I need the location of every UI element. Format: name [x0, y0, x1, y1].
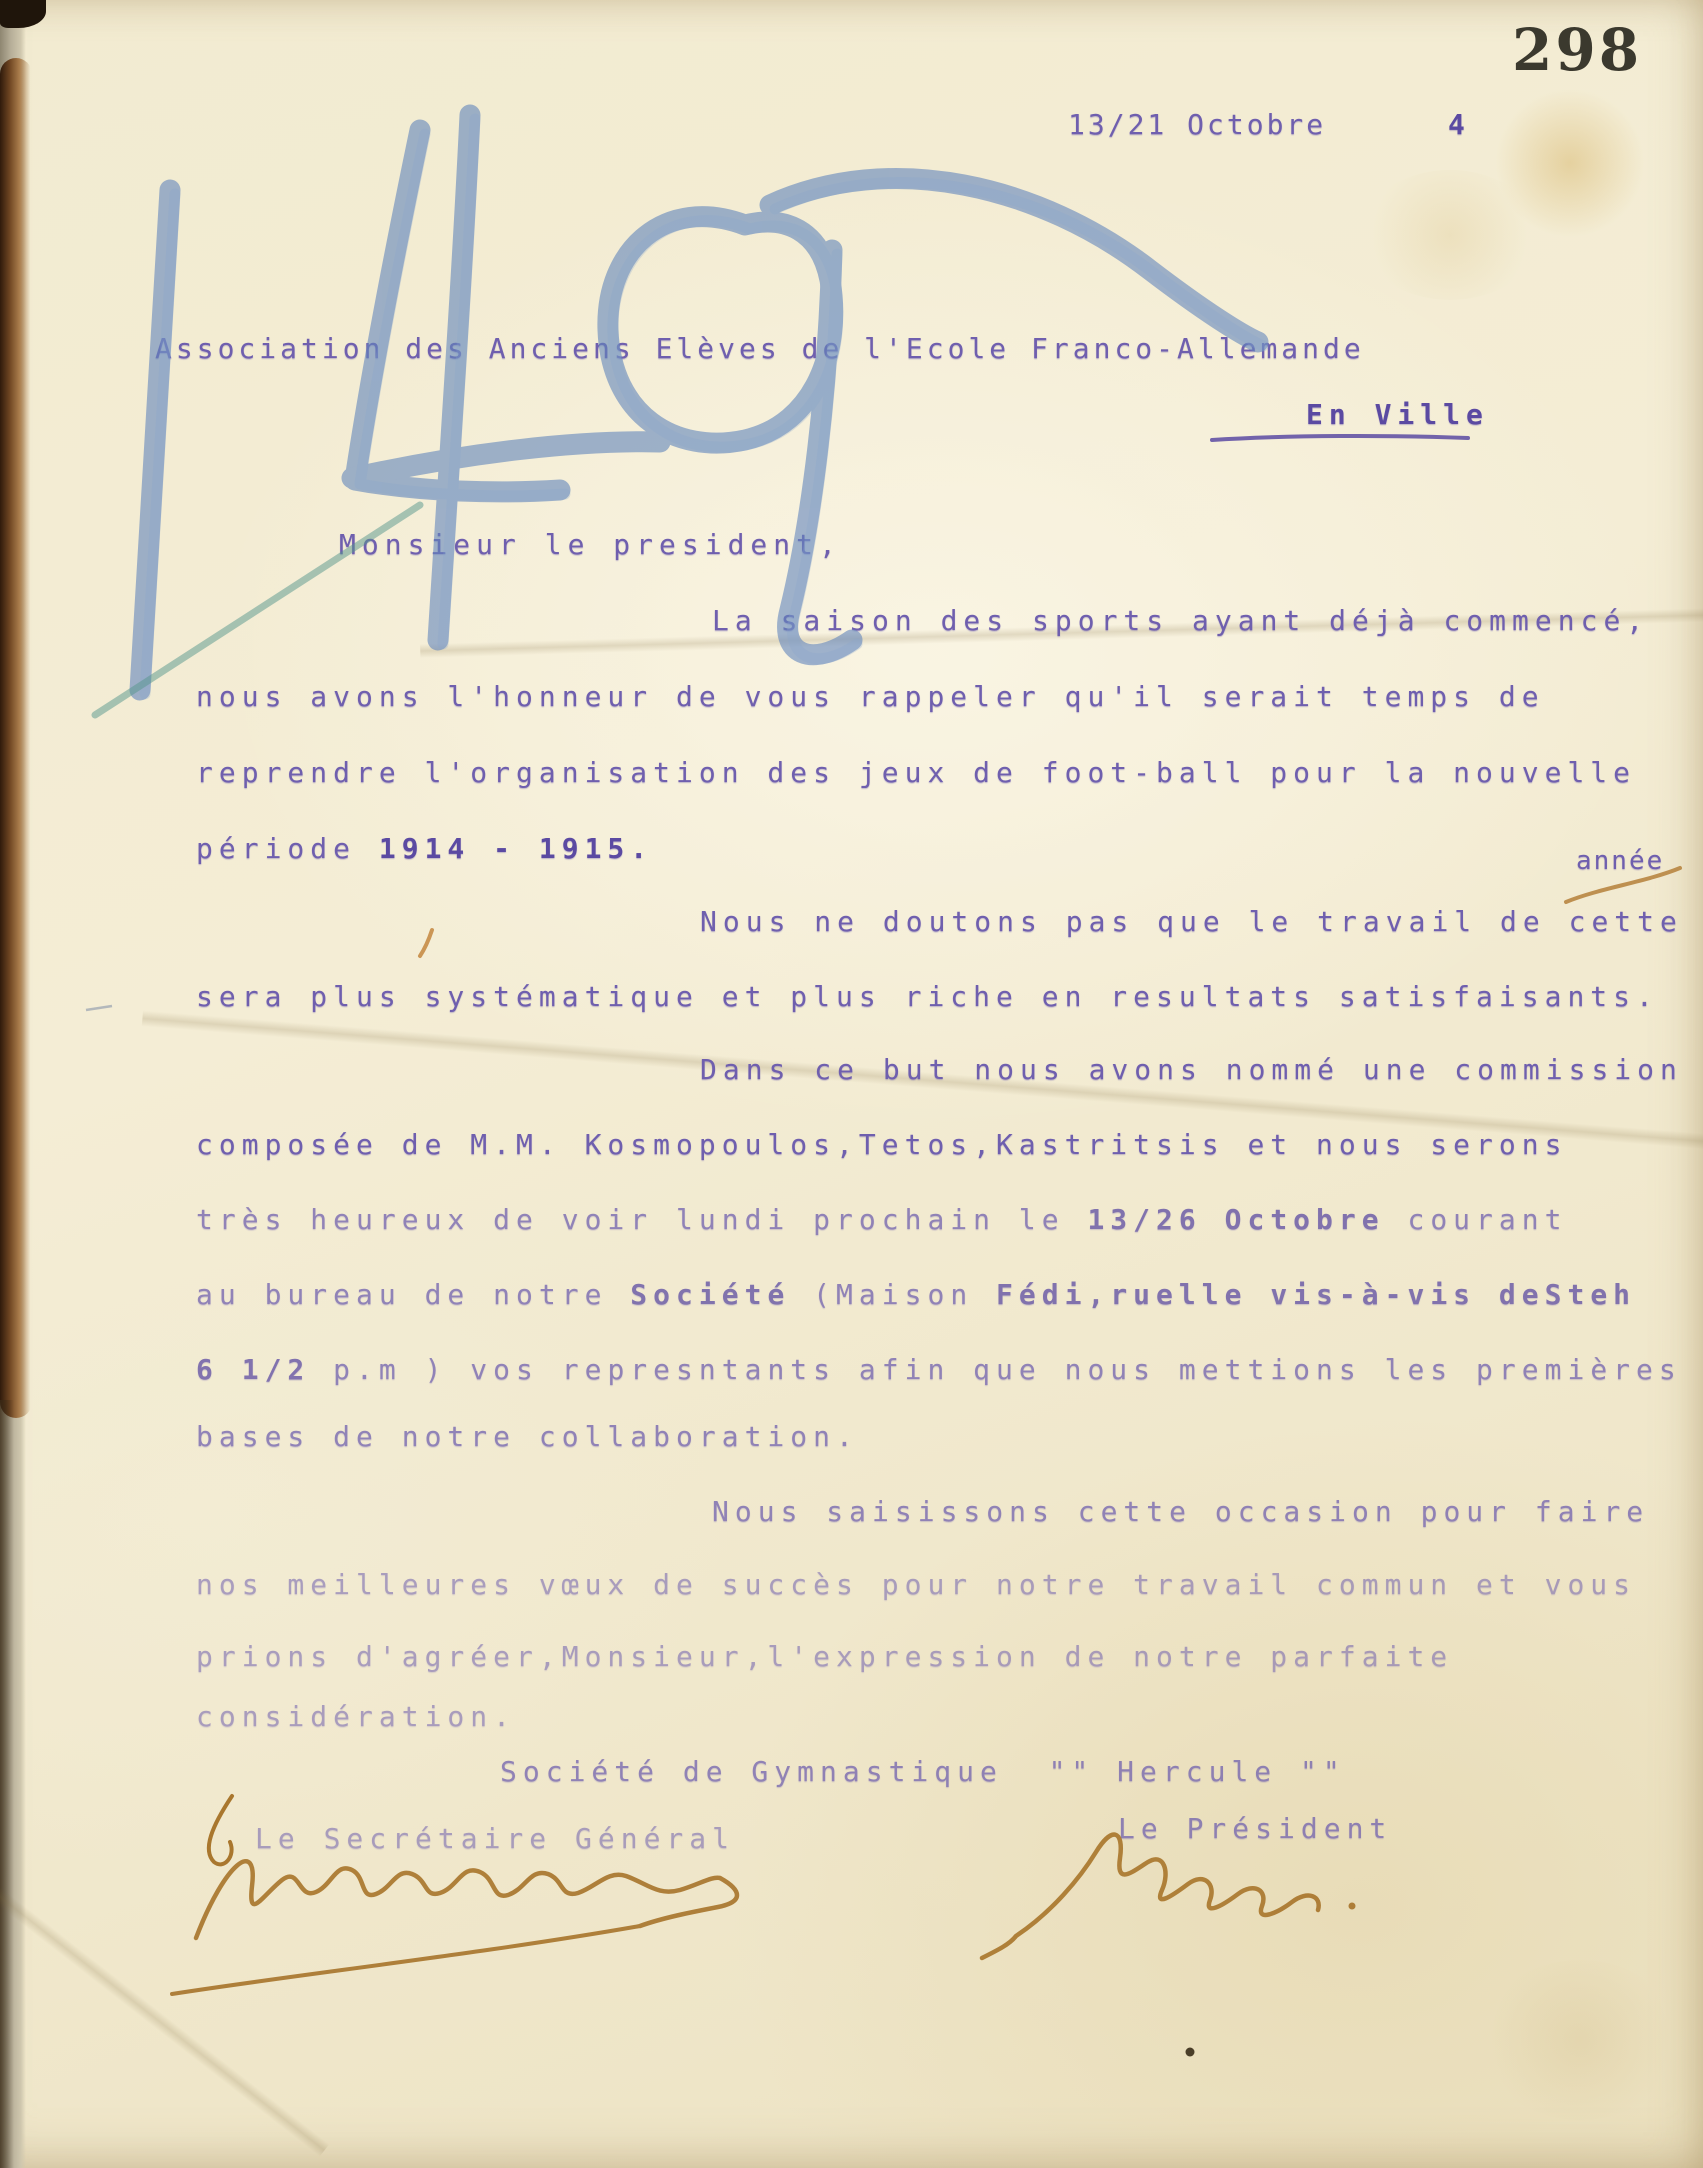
letter-line: nos meilleures vœux de succès pour notre…: [196, 1568, 1636, 1601]
letter-line: Monsieur le president,: [339, 528, 842, 561]
insertion-word-annee: année: [1576, 846, 1664, 876]
letter-line: reprendre l'organisation des jeux de foo…: [196, 756, 1636, 789]
binding-corner: [0, 0, 46, 28]
letter-line: Nous saisissons cette occasion pour fair…: [712, 1495, 1649, 1528]
paper-stain: [1480, 1960, 1680, 2120]
folio-number: 298: [1512, 16, 1642, 84]
orange-tick: [420, 930, 432, 956]
letter-line: Nous ne doutons pas que le travail de ce…: [700, 905, 1683, 938]
secretary-signature: [172, 1861, 737, 1994]
paper-crease: [0, 1879, 329, 2156]
binding-edge-lower: [0, 1400, 14, 2168]
line-segment-bold: Fédi,ruelle vis-à-vis deSteh: [996, 1278, 1636, 1311]
letter-line: au bureau de notre Société (Maison Fédi,…: [196, 1278, 1636, 1311]
ink-speck: [1186, 2048, 1195, 2057]
line-segment: (Maison: [790, 1278, 996, 1311]
line-segment: très heureux de voir lundi prochain le: [196, 1203, 1087, 1236]
letter-line: très heureux de voir lundi prochain le 1…: [196, 1203, 1567, 1236]
letter-line: considération.: [196, 1700, 516, 1733]
en-ville-underline: [1212, 436, 1468, 440]
line-segment-bold: Société: [630, 1278, 790, 1311]
binding-edge: [0, 58, 32, 1418]
line-segment-bold: 13/26 Octobre: [1087, 1203, 1384, 1236]
line-segment: période: [196, 832, 379, 865]
letter-line: période 1914 - 1915.: [196, 832, 653, 865]
president-signature: [982, 1835, 1356, 1958]
letter-line: nous avons l'honneur de vous rappeler qu…: [196, 680, 1545, 713]
line-segment: au bureau de notre: [196, 1278, 630, 1311]
line-segment-bold: 6 1/2: [196, 1353, 310, 1386]
edge-dash: [86, 1006, 112, 1010]
date-header: 13/21 Octobre: [1068, 108, 1326, 141]
addressee-line: Association des Anciens Elèves de l'Ecol…: [155, 332, 1365, 365]
letter-line: bases de notre collaboration.: [196, 1420, 859, 1453]
secretary-role: Le Secrétaire Général: [255, 1822, 735, 1855]
letter-line: La saison des sports ayant déjà commencé…: [712, 604, 1649, 637]
letter-line: sera plus systématique et plus riche en …: [196, 980, 1659, 1013]
organization-line: Société de Gymnastique "" Hercule "": [500, 1755, 1346, 1788]
letter-line: 6 1/2 p.m ) vos represntants afin que no…: [196, 1353, 1682, 1386]
date-header-number: 4: [1448, 108, 1471, 141]
paper-stain: [1360, 170, 1540, 300]
letter-line: Dans ce but nous avons nommé une commiss…: [700, 1053, 1683, 1086]
letter-line: composée de M.M. Kosmopoulos,Tetos,Kastr…: [196, 1128, 1567, 1161]
destination-line: En Ville: [1306, 398, 1489, 431]
secretary-paraph: [209, 1796, 232, 1864]
line-segment: courant: [1385, 1203, 1568, 1236]
line-segment-bold: 1914 - 1915.: [379, 832, 653, 865]
letter-line: prions d'agréer,Monsieur,l'expression de…: [196, 1640, 1453, 1673]
president-role: Le Président: [1118, 1812, 1392, 1845]
scanned-letter-page: 298 13/21 Octobre 4 Association des Anci…: [0, 0, 1703, 2168]
line-segment: p.m ) vos represntants afin que nous met…: [310, 1353, 1681, 1386]
